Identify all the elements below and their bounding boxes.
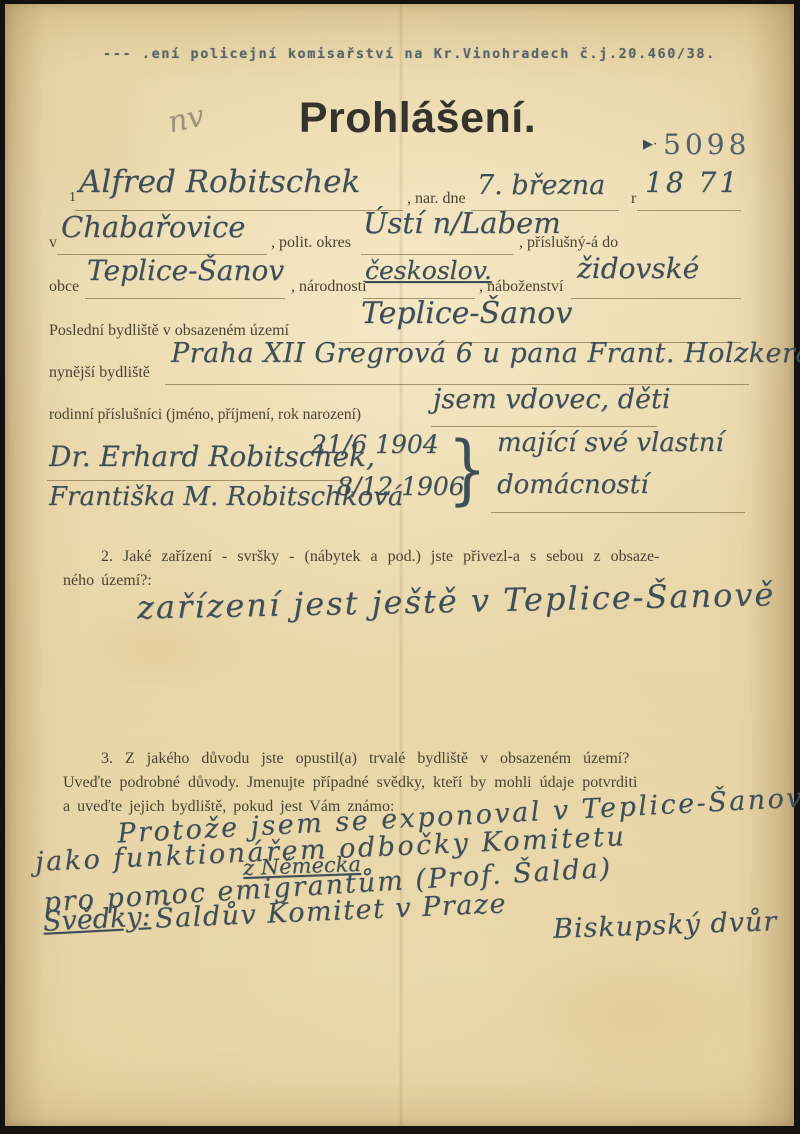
form-rule xyxy=(47,480,349,481)
form-rule xyxy=(491,512,745,513)
witness-address-handwriting: Biskupský dvůr xyxy=(553,906,778,945)
label-religion: , náboženství xyxy=(479,278,563,296)
households-note-line1-handwriting: mající své vlastní xyxy=(497,428,724,458)
label-year: r xyxy=(631,190,636,208)
document-page: --- .ení policejní komisařství na Kr.Vin… xyxy=(5,4,794,1126)
field-number: 1 xyxy=(69,190,76,206)
paper-stain xyxy=(504,944,764,1084)
label-nationality: , národnosti xyxy=(291,278,367,296)
serial-number-stamp: ▶·5098 xyxy=(643,128,750,161)
households-note-line2-handwriting: domácností xyxy=(497,470,649,500)
birthplace-handwriting: Chabařovice xyxy=(61,210,245,244)
declarant-name-handwriting: Alfred Robitschek xyxy=(79,164,360,200)
current-residence-handwriting: Praha XII Gregrová 6 u pana Frant. Holzk… xyxy=(171,338,800,369)
last-residence-handwriting: Teplice-Šanov xyxy=(361,296,572,331)
child-1-birthdate-handwriting: 21/6 1904 xyxy=(311,430,439,459)
label-current-residence: nynější bydliště xyxy=(49,364,150,382)
label-municipality: obce xyxy=(49,278,79,296)
answer-2-handwriting: zařízení jest ještě v Teplice-Šanově xyxy=(137,575,776,626)
label-in: v xyxy=(49,234,57,252)
family-status-handwriting: jsem vdovec, děti xyxy=(433,384,670,415)
birth-date-handwriting: 7. března xyxy=(477,170,605,201)
birth-year-handwriting: 18 71 xyxy=(645,166,740,199)
religion-handwriting: židovské xyxy=(577,252,699,285)
question-3-line1: 3. Z jakého důvodu jste opustil(a) trval… xyxy=(101,750,629,768)
question-3-line2: Uveďte podrobné důvody. Jmenujte případn… xyxy=(63,774,637,792)
serial-number: 5098 xyxy=(663,128,750,161)
form-rule xyxy=(85,298,285,299)
scan-background: --- .ení policejní komisařství na Kr.Vin… xyxy=(0,0,800,1134)
police-office-stamp: --- .ení policejní komisařství na Kr.Vin… xyxy=(103,46,716,62)
form-rule xyxy=(637,210,741,211)
label-family-members: rodinní příslušníci (jméno, příjmení, ro… xyxy=(49,406,361,424)
question-2-line1: 2. Jaké zařízení - svršky - (nábytek a p… xyxy=(101,548,659,566)
label-political-district: , polit. okres xyxy=(271,234,351,252)
question-2-line2: ného území?: xyxy=(63,572,152,590)
witnesses-label-handwriting: Svědky: xyxy=(42,901,151,938)
child-2-birthdate-handwriting: 8/12 1906 xyxy=(337,472,465,501)
brace-mark: } xyxy=(448,424,487,513)
municipality-handwriting: Teplice-Šanov xyxy=(87,254,284,287)
nationality-handwriting: českoslov. xyxy=(365,256,492,285)
form-rule xyxy=(361,254,513,255)
serial-arrow-icon: ▶· xyxy=(643,137,657,152)
form-rule xyxy=(571,298,741,299)
label-belonging-to: , příslušný-á do xyxy=(519,234,618,252)
